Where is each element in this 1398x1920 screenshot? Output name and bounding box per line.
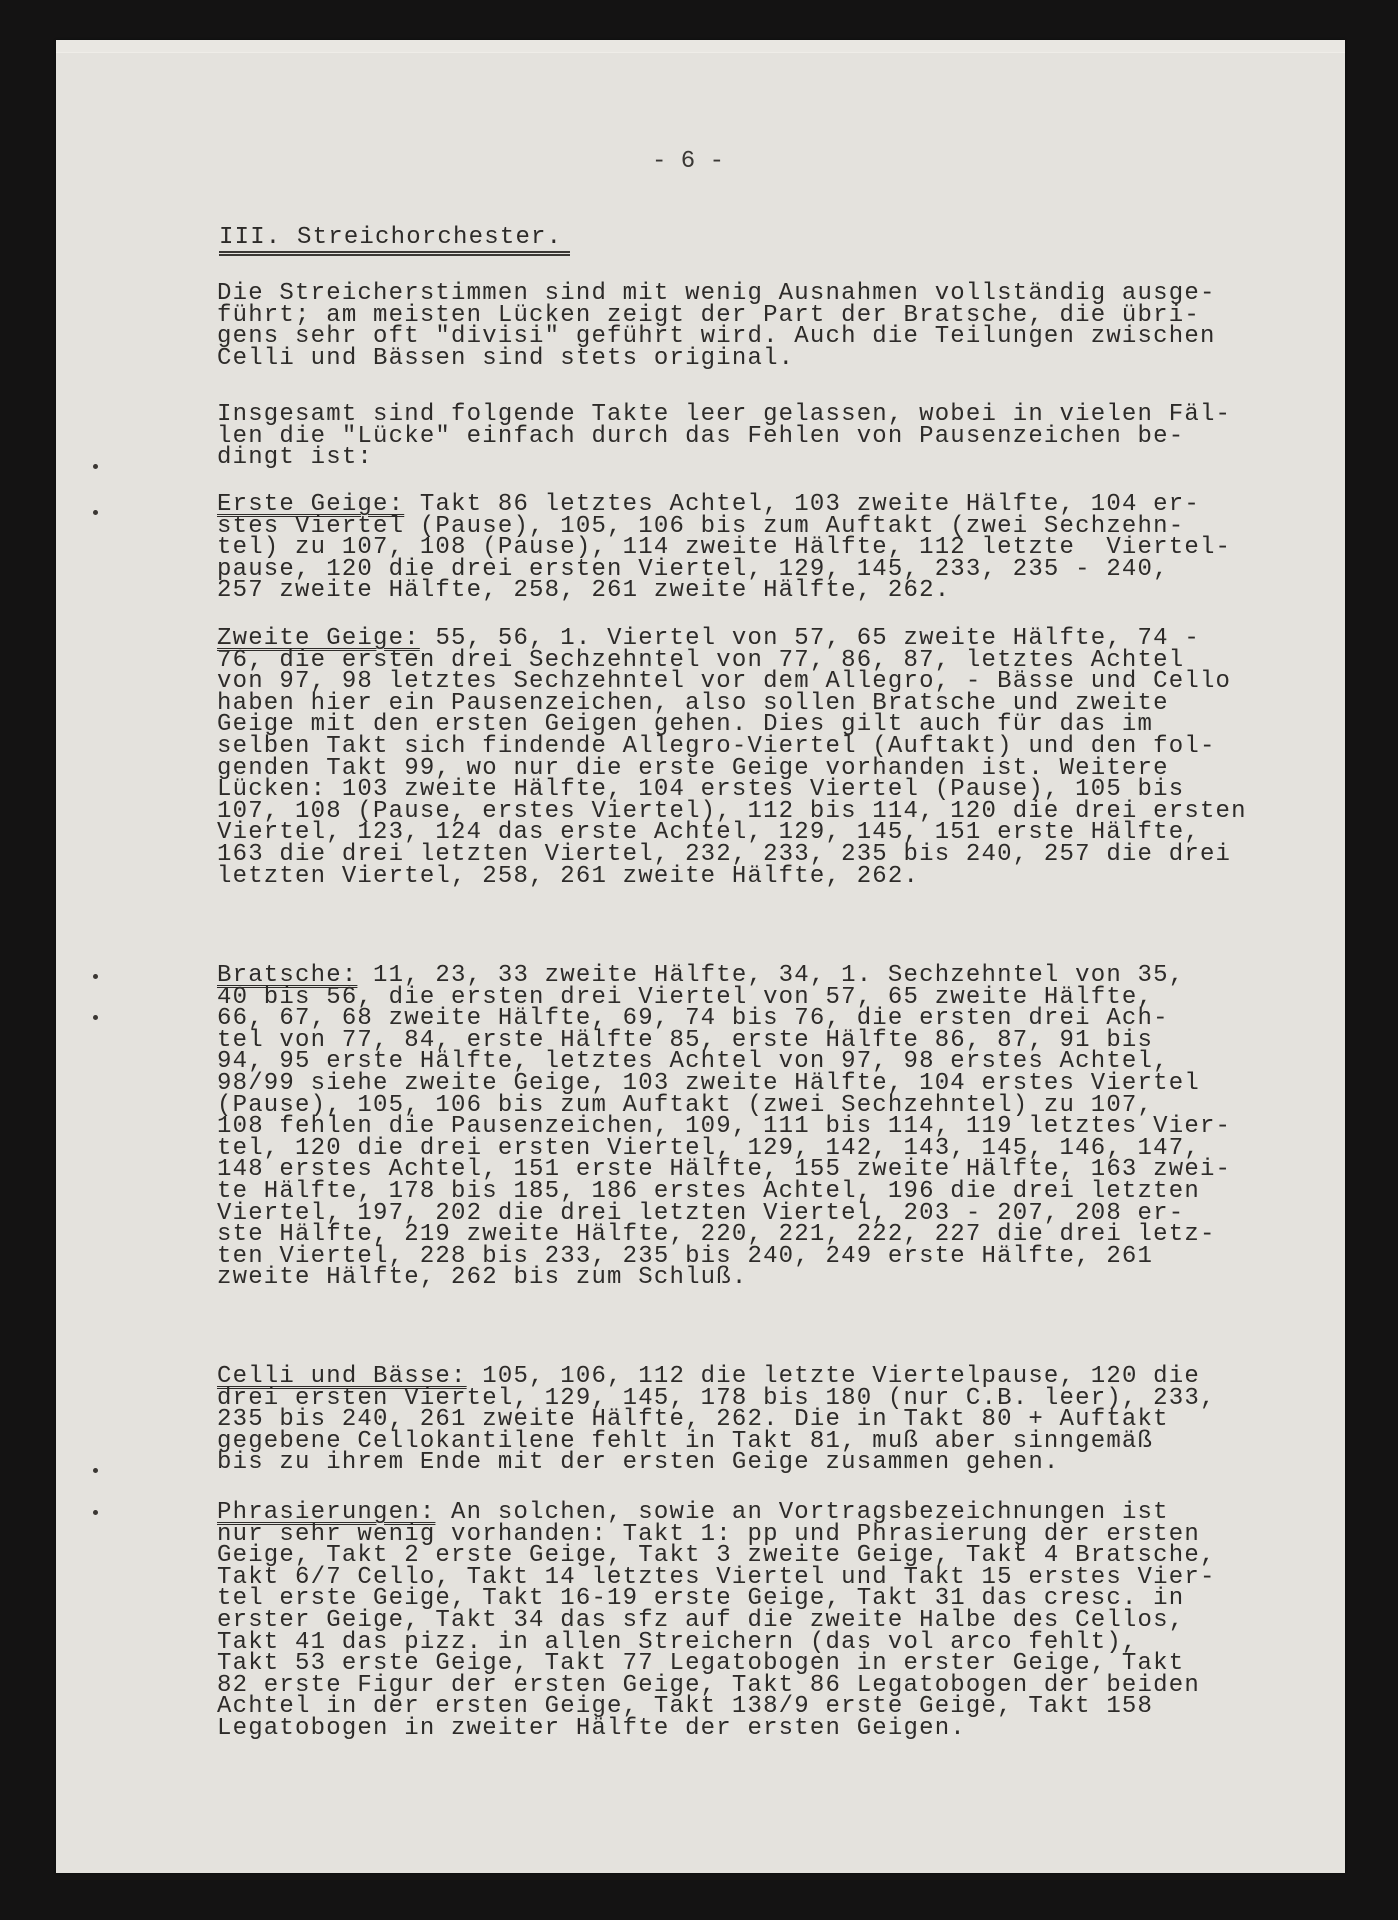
heading-double-underline — [219, 251, 570, 256]
paragraph-zweite-geige: Zweite Geige: 55, 56, 1. Viertel von 57,… — [217, 628, 1247, 887]
punch-hole — [93, 510, 98, 515]
text-line: Legatobogen in zweiter Hälfte der ersten… — [217, 1718, 1216, 1740]
text-line: zweite Hälfte, 262 bis zum Schluß. — [217, 1267, 1231, 1289]
paragraph-phrasierungen: Phrasierungen: An solchen, sowie an Vort… — [217, 1502, 1216, 1740]
text-line: 257 zweite Hälfte, 258, 261 zweite Hälft… — [217, 580, 1231, 602]
paragraph-bratsche: Bratsche: 11, 23, 33 zweite Hälfte, 34, … — [217, 965, 1231, 1289]
text-line: letzten Viertel, 258, 261 zweite Hälfte,… — [217, 866, 1247, 888]
punch-hole — [93, 974, 98, 979]
punch-hole — [93, 464, 98, 469]
paragraph-erste-geige: Erste Geige: Takt 86 letztes Achtel, 103… — [217, 494, 1231, 602]
page-number: - 6 - — [652, 148, 724, 175]
text-line: bis zu ihrem Ende mit der ersten Geige z… — [217, 1452, 1216, 1474]
section-heading: III. Streichorchester. — [219, 226, 562, 250]
punch-hole — [93, 1510, 98, 1515]
punch-hole — [93, 1015, 98, 1020]
text-line: dingt ist: — [217, 447, 1231, 469]
paragraph-celli-baesse: Celli und Bässe: 105, 106, 112 die letzt… — [217, 1366, 1216, 1474]
page-top-edge — [56, 40, 1345, 53]
paragraph-intro: Die Streicherstimmen sind mit wenig Ausn… — [217, 283, 1216, 369]
paragraph-summary: Insgesamt sind folgende Takte leer gelas… — [217, 404, 1231, 469]
text-line: Celli und Bässen sind stets original. — [217, 348, 1216, 370]
punch-hole — [93, 1468, 98, 1473]
